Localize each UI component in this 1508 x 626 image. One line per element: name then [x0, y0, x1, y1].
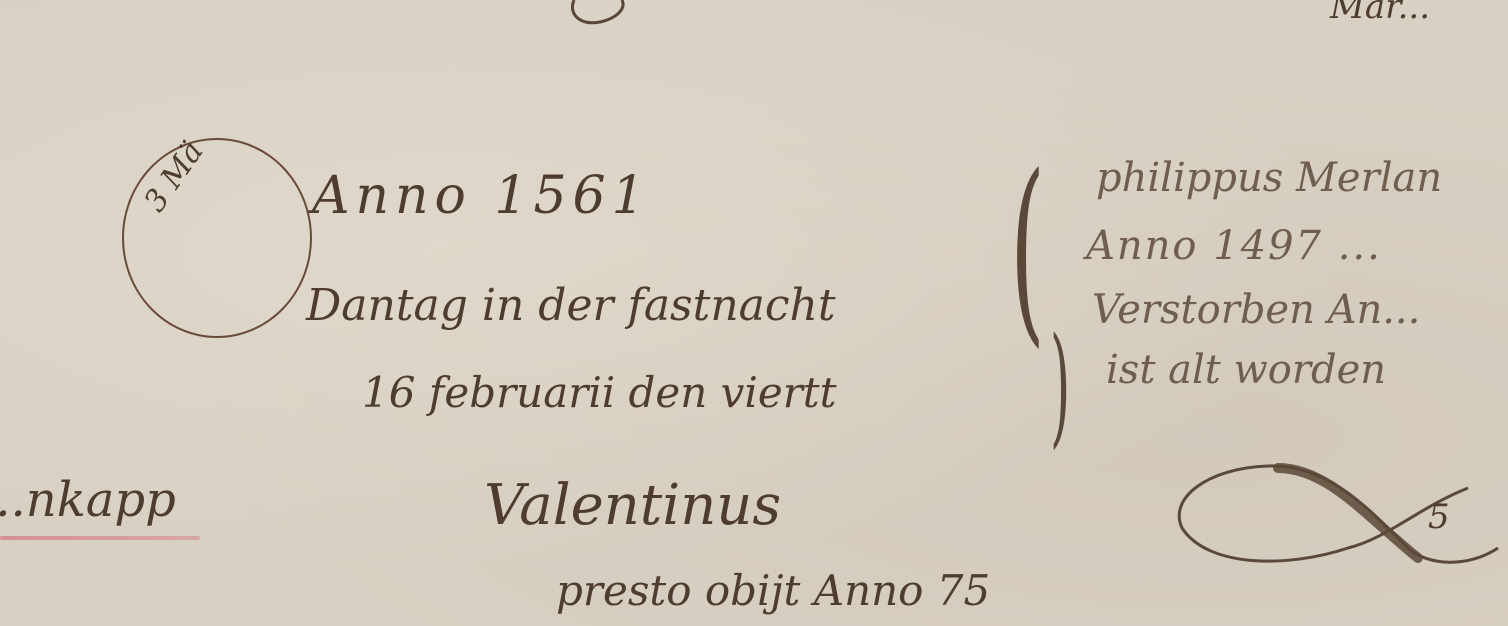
side-note-line-2: Anno 1497 ... — [1086, 226, 1382, 266]
bottom-right-number: 5 — [1428, 500, 1450, 534]
upper-brace: ( — [1010, 150, 1045, 350]
entry-date-line: 16 februarii den viertt — [362, 372, 837, 414]
top-right-fragment: Mar... — [1330, 0, 1430, 24]
side-note-line-4: ist alt worden — [1106, 350, 1386, 390]
bottom-right-flourish — [1168, 448, 1508, 588]
entry-year-line: Anno 1561 — [312, 170, 651, 222]
marginal-circle — [122, 138, 312, 338]
left-margin-word: ...nkapp — [0, 476, 176, 524]
entry-day-line: Dantag in der fastnacht — [306, 284, 836, 328]
lower-brace: ) — [1050, 320, 1070, 450]
entry-name-line: Valentinus — [484, 478, 781, 534]
entry-death-line: presto obijt Anno 75 — [556, 570, 990, 612]
manuscript-page: Mar... 3 Mä Anno 1561 Dantag in der fast… — [0, 0, 1508, 626]
side-note-line-1: philippus Merlan — [1096, 158, 1442, 198]
red-underline — [0, 536, 200, 540]
side-note-line-3: Verstorben An... — [1092, 290, 1420, 330]
top-flourish — [560, 0, 650, 30]
